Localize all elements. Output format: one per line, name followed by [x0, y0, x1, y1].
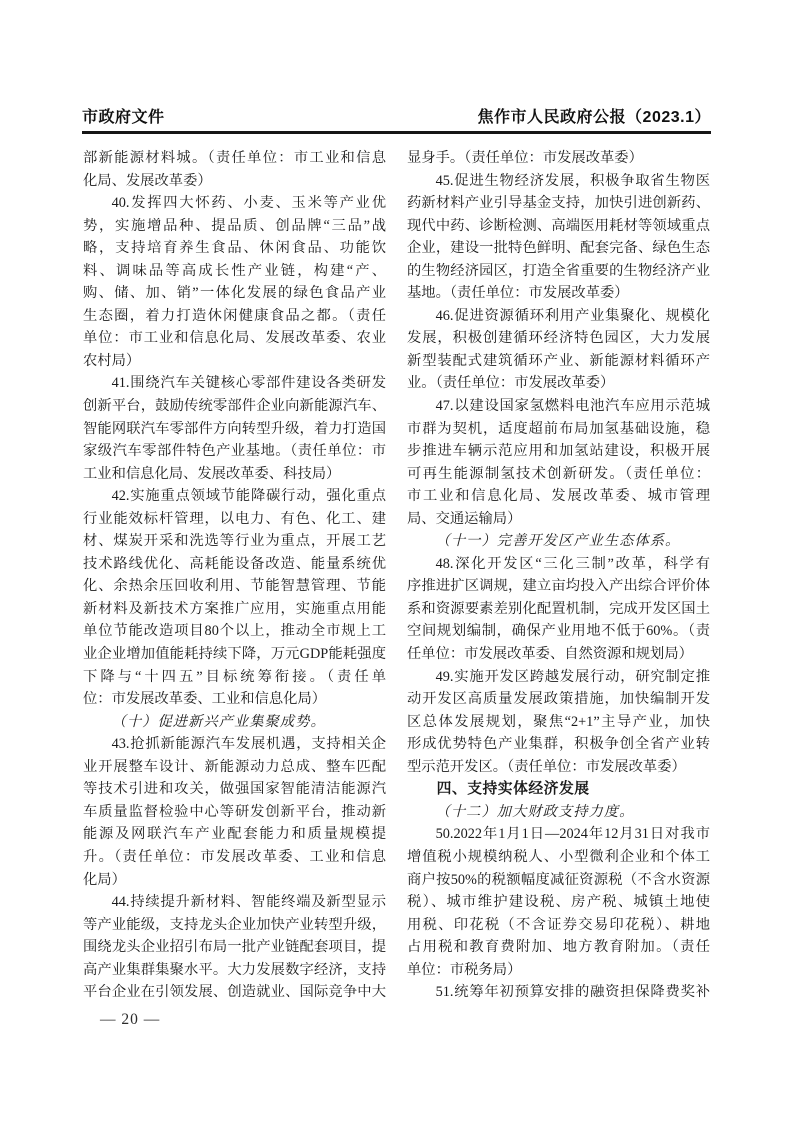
text-line: 税）、城市维护建设税、房产税、城镇土地使 [407, 891, 710, 914]
text-columns: 部新能源材料城。（责任单位：市工业和信息化局、发展改革委）40.发挥四大怀药、小… [83, 147, 710, 1004]
section-heading: 四、支持实体经济发展 [407, 778, 710, 801]
subsection-heading: （十二）加大财政支持力度。 [407, 801, 710, 824]
text-line: 的生物经济园区，打造全省重要的生物经济产业 [407, 260, 710, 283]
text-line: 空间规划编制，确保产业用地不低于60%。（责 [407, 620, 710, 643]
text-line: 创新平台，鼓励传统零部件企业向新能源汽车、 [83, 395, 386, 418]
text-line: 占用税和教育费附加、地方教育附加。（责任 [407, 936, 710, 959]
text-line: 基地。（责任单位：市发展改革委） [407, 282, 710, 305]
text-line: 50.2022年1月1日—2024年12月31日对我市 [407, 823, 710, 846]
text-line: 增值税小规模纳税人、小型微利企业和个体工 [407, 846, 710, 869]
text-line: 围绕龙头企业招引布局一批产业链配套项目，提 [83, 936, 386, 959]
text-line: 略，支持培育养生食品、休闲食品、功能饮 [83, 237, 386, 260]
text-line: 49.实施开发区跨越发展行动，研究制定推 [407, 666, 710, 689]
text-line: 化、余热余压回收利用、节能智慧管理、节能 [83, 575, 386, 598]
text-line: 新材料及新技术方案推广应用，实施重点用能 [83, 598, 386, 621]
text-line: 智能网联汽车零部件方向转型升级，着力打造国 [83, 418, 386, 441]
text-line: 步推进车辆示范应用和加氢站建设，积极开展 [407, 440, 710, 463]
text-line: 动开发区高质量发展政策措施，加快编制开发 [407, 688, 710, 711]
text-line: 单位：市工业和信息化局、发展改革委、农业 [83, 327, 386, 350]
text-line: 47.以建设国家氢燃料电池汽车应用示范城 [407, 395, 710, 418]
text-line: 工业和信息化局、发展改革委、科技局） [83, 463, 386, 486]
text-line: 农村局） [83, 350, 386, 373]
text-line: 45.促进生物经济发展，积极争取省生物医 [407, 170, 710, 193]
text-line: 用税、印花税（不含证券交易印花税）、耕地 [407, 914, 710, 937]
gazette-page: 市政府文件 焦作市人民政府公报（2023.1） 部新能源材料城。（责任单位：市工… [0, 0, 793, 1122]
text-line: 43.抢抓新能源汽车发展机遇，支持相关企 [83, 733, 386, 756]
text-line: 市群为契机，适度超前布局加氢基础设施，稳 [407, 418, 710, 441]
text-line: 单位：市税务局） [407, 959, 710, 982]
text-line: 42.实施重点领域节能降碳行动，强化重点 [83, 485, 386, 508]
subsection-heading: （十一）完善开发区产业生态体系。 [407, 530, 710, 553]
text-line: 业企业增加值能耗持续下降，万元GDP能耗强度 [83, 643, 386, 666]
text-line: 高产业集群集聚水平。大力发展数字经济，支持 [83, 959, 386, 982]
text-line: 商户按50%的税额幅度减征资源税（不含水资源 [407, 869, 710, 892]
text-line: 化局、发展改革委） [83, 170, 386, 193]
page-number: — 20 — [100, 1011, 160, 1029]
text-line: 40.发挥四大怀药、小麦、玉米等产业优 [83, 192, 386, 215]
text-line: 等产业能级，支持龙头企业加快产业转型升级， [83, 914, 386, 937]
text-line: 现代中药、诊断检测、高端医用耗材等领域重点 [407, 215, 710, 238]
header-left-label: 市政府文件 [82, 104, 165, 127]
text-line: 升。（责任单位：市发展改革委、工业和信息 [83, 846, 386, 869]
text-line: 业。（责任单位：市发展改革委） [407, 372, 710, 395]
text-line: 平台企业在引领发展、创造就业、国际竞争中大 [83, 981, 386, 1004]
text-line: 家级汽车零部件特色产业基地。（责任单位：市 [83, 440, 386, 463]
text-line: 位：市发展改革委、工业和信息化局） [83, 688, 386, 711]
text-line: 购、储、加、销”一体化发展的绿色食品产业 [83, 282, 386, 305]
text-line: 部新能源材料城。（责任单位：市工业和信息 [83, 147, 386, 170]
text-line: 46.促进资源循环利用产业集聚化、规模化 [407, 305, 710, 328]
text-line: 能源及网联汽车产业配套能力和质量规模提 [83, 823, 386, 846]
text-line: 市工业和信息化局、发展改革委、城市管理 [407, 485, 710, 508]
text-line: 药新材料产业引导基金支持，加快引进创新药、 [407, 192, 710, 215]
text-line: 型示范开发区。（责任单位：市发展改革委） [407, 756, 710, 779]
text-line: 企业，建设一批特色鲜明、配套完备、绿色生态 [407, 237, 710, 260]
text-line: 局、交通运输局） [407, 508, 710, 531]
left-column: 部新能源材料城。（责任单位：市工业和信息化局、发展改革委）40.发挥四大怀药、小… [83, 147, 386, 1004]
page-header: 市政府文件 焦作市人民政府公报（2023.1） [82, 104, 711, 127]
header-rule [82, 131, 711, 134]
text-line: 材、煤炭开采和洗选等行业为重点，开展工艺 [83, 530, 386, 553]
text-line: 系和资源要素差别化配置机制，完成开发区国土 [407, 598, 710, 621]
text-line: 料、调味品等高成长性产业链，构建“产、 [83, 260, 386, 283]
text-line: 形成优势特色产业集群，积极争创全省产业转 [407, 733, 710, 756]
text-line: 可再生能源制氢技术创新研发。（责任单位： [407, 463, 710, 486]
text-line: 等技术引进和攻关，做强国家智能清洁能源汽 [83, 778, 386, 801]
text-line: 单位节能改造项目80个以上，推动全市规上工 [83, 620, 386, 643]
text-line: 序推进扩区调规，建立亩均投入产出综合评价体 [407, 575, 710, 598]
text-line: 下降与“十四五”目标统筹衔接。（责任单 [83, 666, 386, 689]
text-line: 车质量监督检验中心等研发创新平台，推动新 [83, 801, 386, 824]
text-line: 化局） [83, 869, 386, 892]
header-right-label: 焦作市人民政府公报（2023.1） [478, 104, 711, 127]
text-line: 41.围绕汽车关键核心零部件建设各类研发 [83, 372, 386, 395]
text-line: 势，实施增品种、提品质、创品牌“三品”战 [83, 215, 386, 238]
text-line: 51.统筹年初预算安排的融资担保降费奖补 [407, 981, 710, 1004]
text-line: 业开展整车设计、新能源动力总成、整车匹配 [83, 756, 386, 779]
text-line: 新型装配式建筑循环产业、新能源材料循环产 [407, 350, 710, 373]
right-column: 显身手。（责任单位：市发展改革委）45.促进生物经济发展，积极争取省生物医药新材… [407, 147, 710, 1004]
text-line: 发展，积极创建循环经济特色园区，大力发展 [407, 327, 710, 350]
text-line: 技术路线优化、高耗能设备改造、能量系统优 [83, 553, 386, 576]
text-line: 48.深化开发区“三化三制”改革，科学有 [407, 553, 710, 576]
text-line: 显身手。（责任单位：市发展改革委） [407, 147, 710, 170]
text-line: 生态圈，着力打造休闲健康食品之都。（责任 [83, 305, 386, 328]
text-line: 区总体发展规划，聚焦“2+1”主导产业，加快 [407, 711, 710, 734]
subsection-heading: （十）促进新兴产业集聚成势。 [83, 711, 386, 734]
text-line: 行业能效标杆管理，以电力、有色、化工、建 [83, 508, 386, 531]
text-line: 44.持续提升新材料、智能终端及新型显示 [83, 891, 386, 914]
text-line: 任单位：市发展改革委、自然资源和规划局） [407, 643, 710, 666]
